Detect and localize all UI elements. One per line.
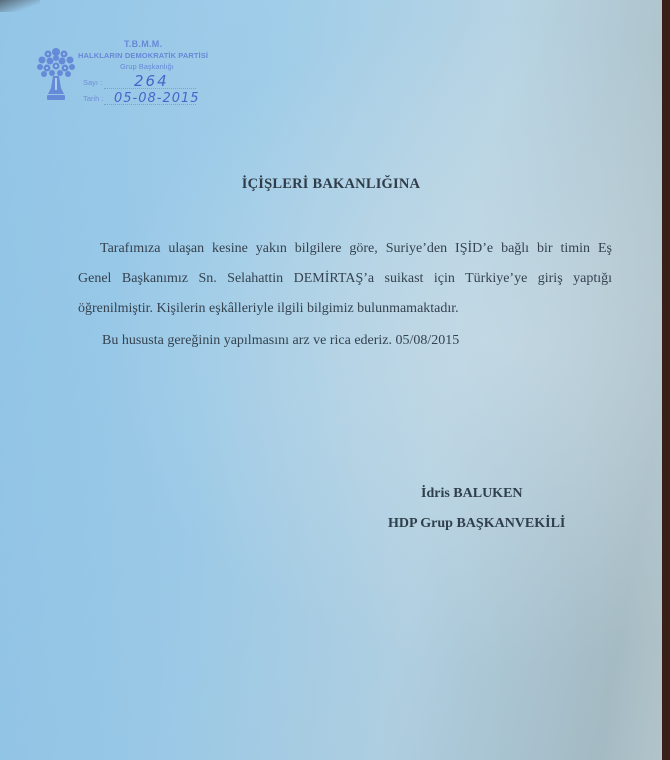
- stamp-institution: T.B.M.M.: [124, 39, 162, 49]
- stamp-date-value: 05-08-2015: [114, 91, 200, 106]
- stamp-party-name: HALKLARIN DEMOKRATİK PARTİSİ: [78, 51, 208, 60]
- letter-paragraph-2: Bu hususta gereğinin yapılmasını arz ve …: [78, 326, 612, 356]
- stamp-number-label: Sayı :: [83, 78, 102, 87]
- signature-title: HDP Grup BAŞKANVEKİLİ: [388, 516, 565, 532]
- hdp-tree-logo-icon: [34, 44, 78, 102]
- stamp-number-value: 264: [134, 72, 169, 90]
- document-paper: T.B.M.M. HALKLARIN DEMOKRATİK PARTİSİ Gr…: [0, 0, 662, 760]
- stamp-unit: Grup Başkanlığı: [120, 62, 174, 71]
- official-stamp: T.B.M.M. HALKLARIN DEMOKRATİK PARTİSİ Gr…: [32, 38, 232, 110]
- stamp-date-label: Tarih :: [83, 94, 103, 103]
- letter-paragraph-1: Tarafımıza ulaşan kesine yakın bilgilere…: [78, 234, 612, 324]
- paper-corner-shadow: [0, 0, 40, 12]
- signature-name: İdris BALUKEN: [421, 486, 523, 502]
- letter-recipient-heading: İÇİŞLERİ BAKANLIĞINA: [0, 176, 662, 193]
- paragraph-line: Tarafımıza ulaşan kesine yakın bilgilere…: [78, 234, 612, 264]
- paragraph-line: Genel Başkanımız Sn. Selahattin DEMİRTAŞ…: [78, 264, 612, 294]
- paragraph-line: öğrenilmiştir. Kişilerin eşkâlleriyle il…: [78, 294, 612, 324]
